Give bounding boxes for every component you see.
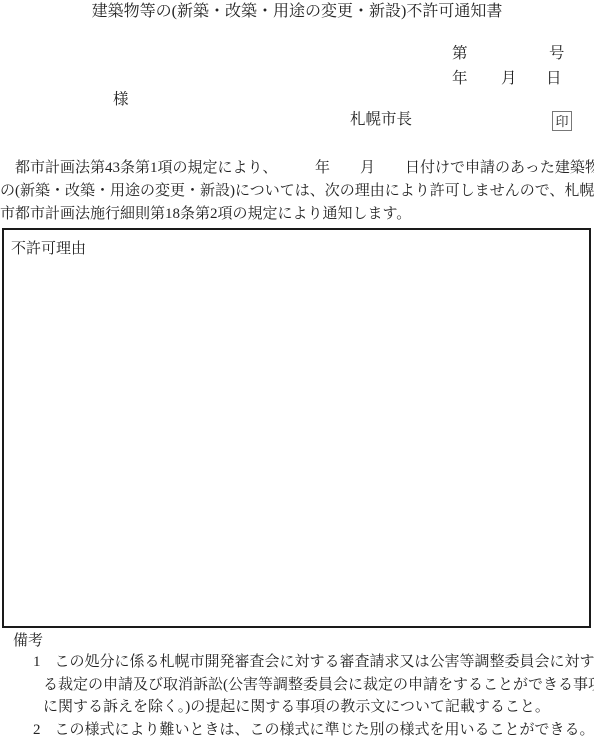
body-line: 市都市計画法施行細則第18条第2項の規定により通知します。: [0, 203, 594, 226]
remark-line: る裁定の申請及び取消訴訟(公害等調整委員会に裁定の申請をすることができる事項: [0, 674, 594, 697]
remark-item: 2この様式により難いときは、この様式に準じた別の様式を用いることができる。: [0, 719, 594, 742]
addressee-suffix-label: 様: [113, 90, 129, 110]
remark-item-text: この様式により難いときは、この様式に準じた別の様式を用いることができる。: [55, 722, 594, 738]
date-year-label: 年: [452, 69, 468, 89]
document-title: 建築物等の(新築・改築・用途の変更・新設)不許可通知書: [0, 1, 594, 23]
date-month-label: 月: [501, 69, 517, 89]
remark-item: 1この処分に係る札幌市開発審査会に対する審査請求又は公害等調整委員会に対す る裁…: [0, 651, 594, 719]
notice-document: 建築物等の(新築・改築・用途の変更・新設)不許可通知書 第 号 年 月 日 様 …: [0, 0, 594, 742]
remark-item-text: この処分に係る札幌市開発審査会に対する審査請求又は公害等調整委員会に対す: [55, 654, 594, 670]
remark-line: 2この様式により難いときは、この様式に準じた別の様式を用いることができる。: [0, 719, 594, 742]
remark-line: に関する訴えを除く。)の提起に関する事項の教示文について記載すること。: [0, 696, 594, 719]
body-paragraph: 都市計画法第43条第1項の規定により、 年 月 日付けで申請のあった建築物等 の…: [0, 157, 594, 226]
body-line: の(新築・改築・用途の変更・新設)については、次の理由により許可しませんので、札…: [0, 180, 594, 203]
remark-line: 1この処分に係る札幌市開発審査会に対する審査請求又は公害等調整委員会に対す: [0, 651, 594, 674]
reason-box-label: 不許可理由: [11, 241, 589, 258]
remark-item-number: 1: [33, 651, 41, 674]
remark-item-number: 2: [33, 719, 41, 742]
seal-character: 印: [555, 115, 568, 128]
remarks-list: 1この処分に係る札幌市開発審査会に対する審査請求又は公害等調整委員会に対す る裁…: [0, 651, 594, 741]
seal-stamp-box: 印: [552, 111, 572, 131]
doc-number-suffix-label: 号: [549, 44, 565, 64]
remarks-heading: 備考: [13, 630, 43, 652]
date-day-label: 日: [546, 69, 562, 89]
issuer-name: 札幌市長: [350, 110, 412, 130]
doc-number-prefix-label: 第: [452, 44, 468, 64]
body-line: 都市計画法第43条第1項の規定により、 年 月 日付けで申請のあった建築物等: [0, 157, 594, 180]
reason-box: 不許可理由: [2, 228, 591, 628]
